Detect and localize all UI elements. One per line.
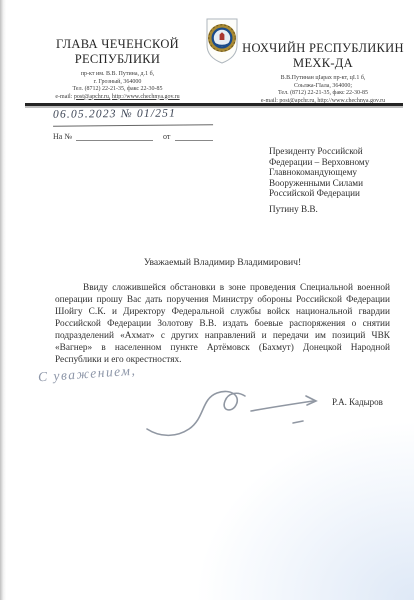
org-title-chechen: НОХЧИЙН РЕСПУБЛИКИН МЕХК-ДА [238,41,408,71]
recipient-line: Российской Федерации [269,188,397,199]
ot-date-blank [175,130,213,141]
org-title-line2: РЕСПУБЛИКИ [30,52,205,67]
org-address-left: пр-кт им. В.В. Путина, д.1 б, г. Грозный… [30,71,205,101]
email-link: post@apchr.ru, [74,94,111,100]
address-street: пр-кт им. В.В. Путина, д.1 б, [30,71,205,79]
letterhead-left: ГЛАВА ЧЕЧЕНСКОЙ РЕСПУБЛИКИ пр-кт им. В.В… [30,37,205,101]
recipient-line: Главнокомандующему [269,167,397,178]
closing-handwritten: С уважением, [38,363,137,386]
signature-scribble [135,385,335,445]
email-label: e-mail: [55,94,72,100]
letterhead-right: НОХЧИЙН РЕСПУБЛИКИН МЕХК-ДА В.В.Путинан … [238,41,408,105]
recipient-line: Вооруженными Силами [269,178,397,189]
date-number-handwritten: 06.05.2023 № 01/251 [53,107,213,126]
org-title-line1: ГЛАВА ЧЕЧЕНСКОЙ [30,37,205,52]
address-city: г. Грозный, 364000 [30,79,205,87]
address-city: Соьлжа-ГIала, 364000; [238,83,408,91]
org-title-line2: МЕХК-ДА [238,56,408,71]
scanned-letter-page: ГЛАВА ЧЕЧЕНСКОЙ РЕСПУБЛИКИ пр-кт им. В.В… [0,0,414,600]
na-number-label: На № [53,132,72,141]
scan-edge-shadow [0,0,6,600]
coat-of-arms-icon [202,16,242,66]
org-address-right: В.В.Путинан цIарах пр-кт, цI.1 б, Соьлжа… [238,75,408,105]
reference-line: На №от [53,130,213,144]
website-link: http://www.chechnya.gov.ru [112,94,180,100]
na-number-blank [76,130,153,141]
ot-label: от [163,132,170,141]
recipient-line: Федерации – Верховному [269,157,397,168]
address-phone: Тел. (8712) 22-21-35, факс 22-30-85 [238,90,408,98]
recipient-block: Президенту Российской Федерации – Верхов… [269,146,397,215]
signer-name: Р.А. Кадыров [332,397,383,407]
letterhead-divider [25,103,403,106]
recipient-name: Путину В.В. [269,204,397,215]
body-paragraph: Ввиду сложившейся обстановки в зоне пров… [55,282,390,366]
address-contacts: e-mail: post@apchr.ru, http://www.chechn… [30,94,205,102]
org-title-russian: ГЛАВА ЧЕЧЕНСКОЙ РЕСПУБЛИКИ [30,37,205,67]
scan-stain [194,420,414,600]
address-phone: Тел. (8712) 22-21-35, факс 22-30-85 [30,86,205,94]
recipient-line: Президенту Российской [269,146,397,157]
address-street: В.В.Путинан цIарах пр-кт, цI.1 б, [238,75,408,83]
salutation: Уважаемый Владимир Владимирович! [55,257,390,268]
org-title-line1: НОХЧИЙН РЕСПУБЛИКИН [238,41,408,56]
